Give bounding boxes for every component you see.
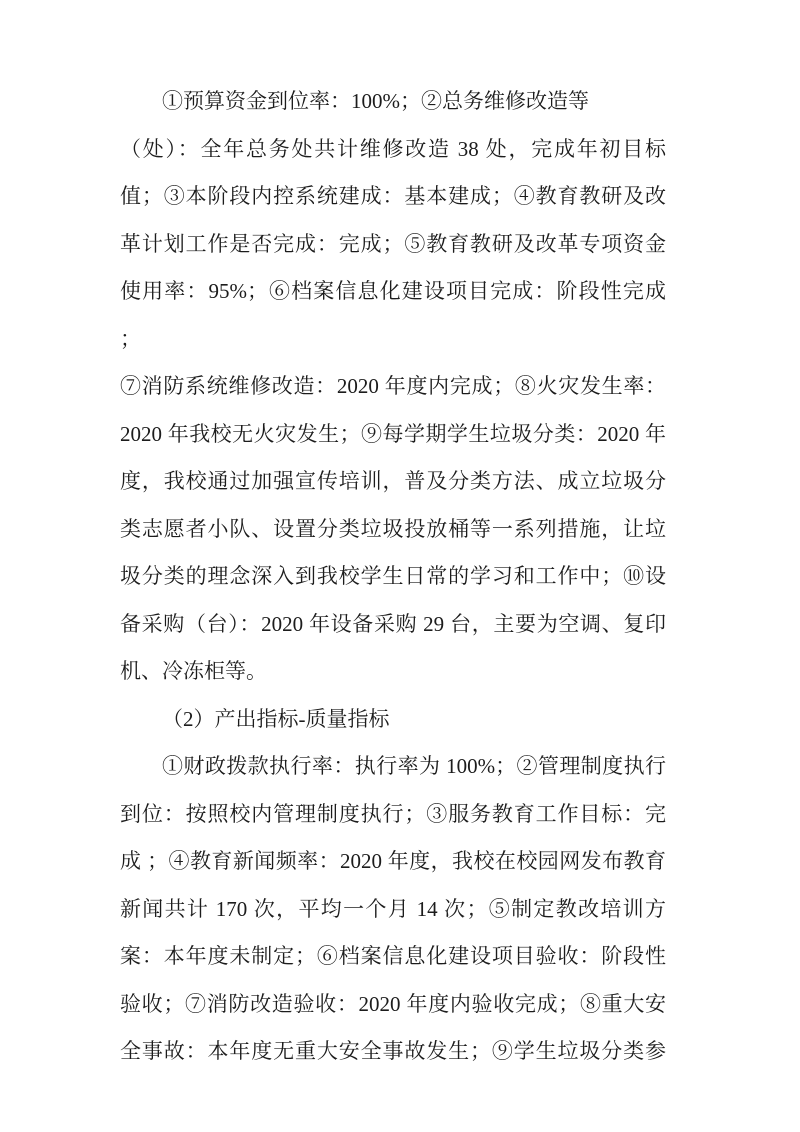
document-line: ⑦消防系统维修改造：2020 年度内完成；⑧火灾发生率： <box>120 363 666 411</box>
document-line: 使用率：95%；⑥档案信息化建设项目完成：阶段性完成 ； <box>120 268 666 363</box>
document-line: 值；③本阶段内控系统建成：基本建成；④教育教研及改 <box>120 173 666 221</box>
document-line: 到位：按照校内管理制度执行；③服务教育工作目标：完 <box>120 791 666 839</box>
document-line: 成 ；④教育新闻频率：2020 年度，我校在校园网发布教育 <box>120 838 666 886</box>
document-line: 类志愿者小队、设置分类垃圾投放桶等一系列措施，让垃 <box>120 506 666 554</box>
document-line: ①预算资金到位率：100%；②总务维修改造等 <box>120 78 666 126</box>
document-line: 2020 年我校无火灾发生；⑨每学期学生垃圾分类：2020 年 <box>120 411 666 459</box>
document-line: （处）：全年总务处共计维修改造 38 处，完成年初目标 <box>120 126 666 174</box>
document-line: ①财政拨款执行率：执行率为 100%；②管理制度执行 <box>120 743 666 791</box>
document-line: 全事故：本年度无重大安全事故发生；⑨学生垃圾分类参 <box>120 1028 666 1076</box>
document-line: 圾分类的理念深入到我校学生日常的学习和工作中；⑩设 <box>120 553 666 601</box>
document-line: 备采购（台）：2020 年设备采购 29 台，主要为空调、复印 <box>120 601 666 649</box>
document-line: 验收；⑦消防改造验收：2020 年度内验收完成；⑧重大安 <box>120 981 666 1029</box>
document-line: 革计划工作是否完成：完成；⑤教育教研及改革专项资金 <box>120 221 666 269</box>
document-line: 度，我校通过加强宣传培训，普及分类方法、成立垃圾分 <box>120 458 666 506</box>
document-line: 案：本年度未制定；⑥档案信息化建设项目验收：阶段性 <box>120 933 666 981</box>
document-text-block: ①预算资金到位率：100%；②总务维修改造等 （处）：全年总务处共计维修改造 3… <box>120 78 666 1076</box>
document-page: ①预算资金到位率：100%；②总务维修改造等 （处）：全年总务处共计维修改造 3… <box>0 0 800 1132</box>
document-line: 新闻共计 170 次，平均一个月 14 次；⑤制定教改培训方 <box>120 886 666 934</box>
document-line: 机、冷冻柜等。 <box>120 648 666 696</box>
document-line: （2）产出指标-质量指标 <box>120 696 666 744</box>
